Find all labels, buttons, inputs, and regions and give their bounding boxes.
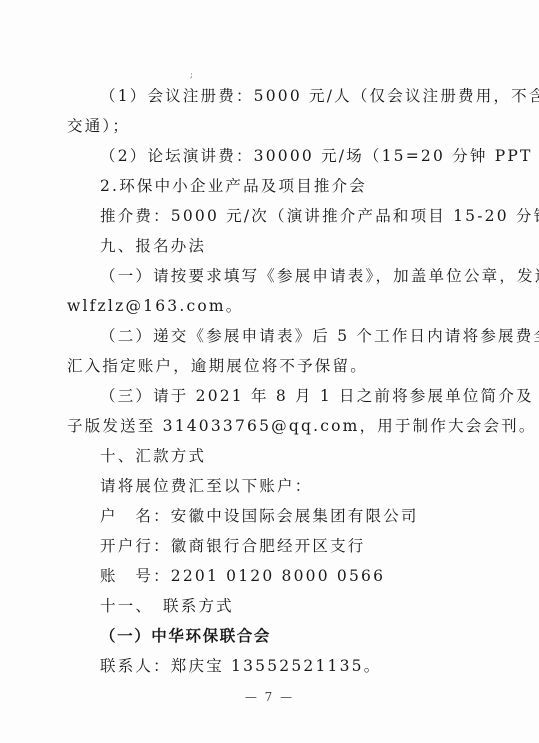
account-name: 户 名：安徽中设国际会展集团有限公司	[100, 506, 419, 526]
contact-org-heading: （一）中华环保联合会	[100, 626, 271, 646]
registration-step-1: （一）请按要求填写《参展申请表》，加盖单位公章，发送至	[100, 266, 539, 286]
registration-step-2-cont: 汇入指定账户，逾期展位将不予保留。	[67, 356, 368, 376]
registration-step-3-cont: 子版发送至 314033765@qq.com，用于制作大会会刊。	[67, 416, 537, 436]
promotion-fee-line: 推介费：5000 元/次（演讲推介产品和项目 15-20 分钟）。	[100, 206, 539, 226]
section-remittance-heading: 十、汇款方式	[100, 446, 206, 466]
stray-mark: ;	[190, 70, 193, 79]
page-number: — 7 —	[0, 690, 539, 704]
registration-email: wlfzlz@163.com。	[67, 296, 243, 316]
fee-registration-line-cont: 交通）；	[67, 116, 130, 136]
contact-person: 联系人：郑庆宝 13552521135。	[100, 656, 381, 676]
fee-registration-line: （1）会议注册费：5000 元/人（仅会议注册费用，不含食宿	[100, 86, 539, 106]
registration-step-3: （三）请于 2021 年 8 月 1 日之前将参展单位简介及 LOGO 电	[100, 386, 539, 406]
account-bank: 开户行：徽商银行合肥经开区支行	[100, 536, 366, 556]
fee-forum-speech-line: （2）论坛演讲费：30000 元/场（15=20 分钟 PPT 演讲）。	[100, 146, 539, 166]
section-registration-heading: 九、报名办法	[100, 236, 206, 256]
sme-promotion-heading: 2.环保中小企业产品及项目推介会	[100, 176, 367, 196]
document-page: ; （1）会议注册费：5000 元/人（仅会议注册费用，不含食宿 交通）； （2…	[0, 0, 539, 743]
registration-step-2: （二）递交《参展申请表》后 5 个工作日内请将参展费全额	[100, 326, 539, 346]
remittance-instruction: 请将展位费汇至以下账户：	[100, 476, 312, 496]
account-number: 账 号：2201 0120 8000 0566	[100, 566, 385, 586]
section-contact-heading: 十一、 联系方式	[100, 596, 234, 616]
